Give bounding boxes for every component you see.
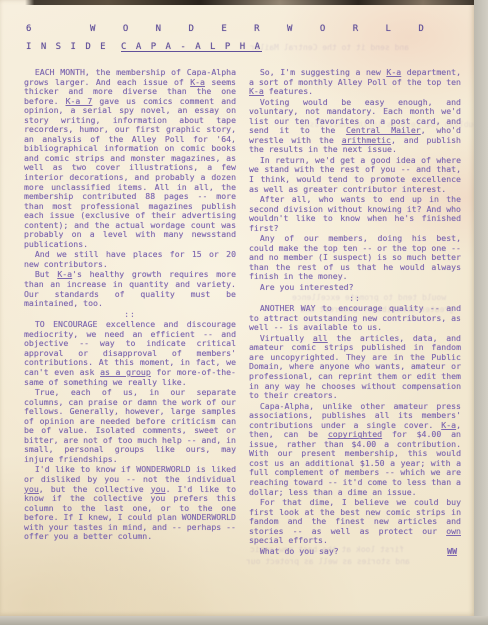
scanner-bed-right [474, 0, 488, 625]
column-title: I N S I D E C A P A - A L P H A [26, 42, 457, 52]
body-paragraph: I'd like to know if WONDERWORLD is liked… [24, 465, 236, 541]
body-paragraph: True, each of us, in our separate column… [24, 388, 236, 464]
section-separator: :: [249, 294, 461, 304]
body-paragraph: Capa-Alpha, unlike other amateur press a… [249, 402, 461, 497]
document-page: 6 W O N D E R W O R L D I N S I D E C A … [0, 0, 476, 617]
body-paragraph: Are you interested? [249, 283, 461, 293]
masthead-title: W O N D E R W O R L D [90, 24, 435, 34]
author-initials: WW [436, 547, 457, 557]
body-paragraph: In return, we'd get a good idea of where… [249, 156, 461, 194]
body-paragraph: And we still have places for 15 or 20 ne… [24, 250, 236, 269]
body-columns: EACH MONTH, the membership of Capa-Alpha… [24, 68, 461, 557]
page-header: 6 W O N D E R W O R L D I N S I D E C A … [26, 24, 457, 52]
column-title-capa-alpha: C A P A - A L P H A [121, 42, 262, 52]
body-paragraph: ANOTHER WAY to encourage quality -- and … [249, 304, 461, 333]
body-paragraph: But K-a's healthy growth requires more t… [24, 270, 236, 308]
section-separator: :: [24, 310, 236, 320]
body-paragraph: Any of our members, doing his best, coul… [249, 234, 461, 282]
body-paragraph: Virtually all the articles, data, and am… [249, 334, 461, 401]
body-paragraph: TO ENCOURAGE excellence and discourage m… [24, 320, 236, 387]
right-column: So, I'm suggesting a new K-a department,… [249, 68, 461, 557]
body-paragraph: EACH MONTH, the membership of Capa-Alpha… [24, 68, 236, 249]
body-paragraph: After all, who wants to end up in the se… [249, 195, 461, 233]
column-title-inside: I N S I D E [26, 42, 108, 52]
body-paragraph: For that dime, I believe we could buy fi… [249, 498, 461, 546]
body-paragraph: What do you say?WW [249, 547, 461, 557]
left-column: EACH MONTH, the membership of Capa-Alpha… [24, 68, 236, 557]
scanner-bed-bottom [0, 616, 488, 625]
body-paragraph: Voting would be easy enough, and volunta… [249, 98, 461, 155]
page-number: 6 [26, 24, 40, 34]
body-paragraph: So, I'm suggesting a new K-a department,… [249, 68, 461, 97]
scan-edge-artifact [25, 0, 488, 5]
